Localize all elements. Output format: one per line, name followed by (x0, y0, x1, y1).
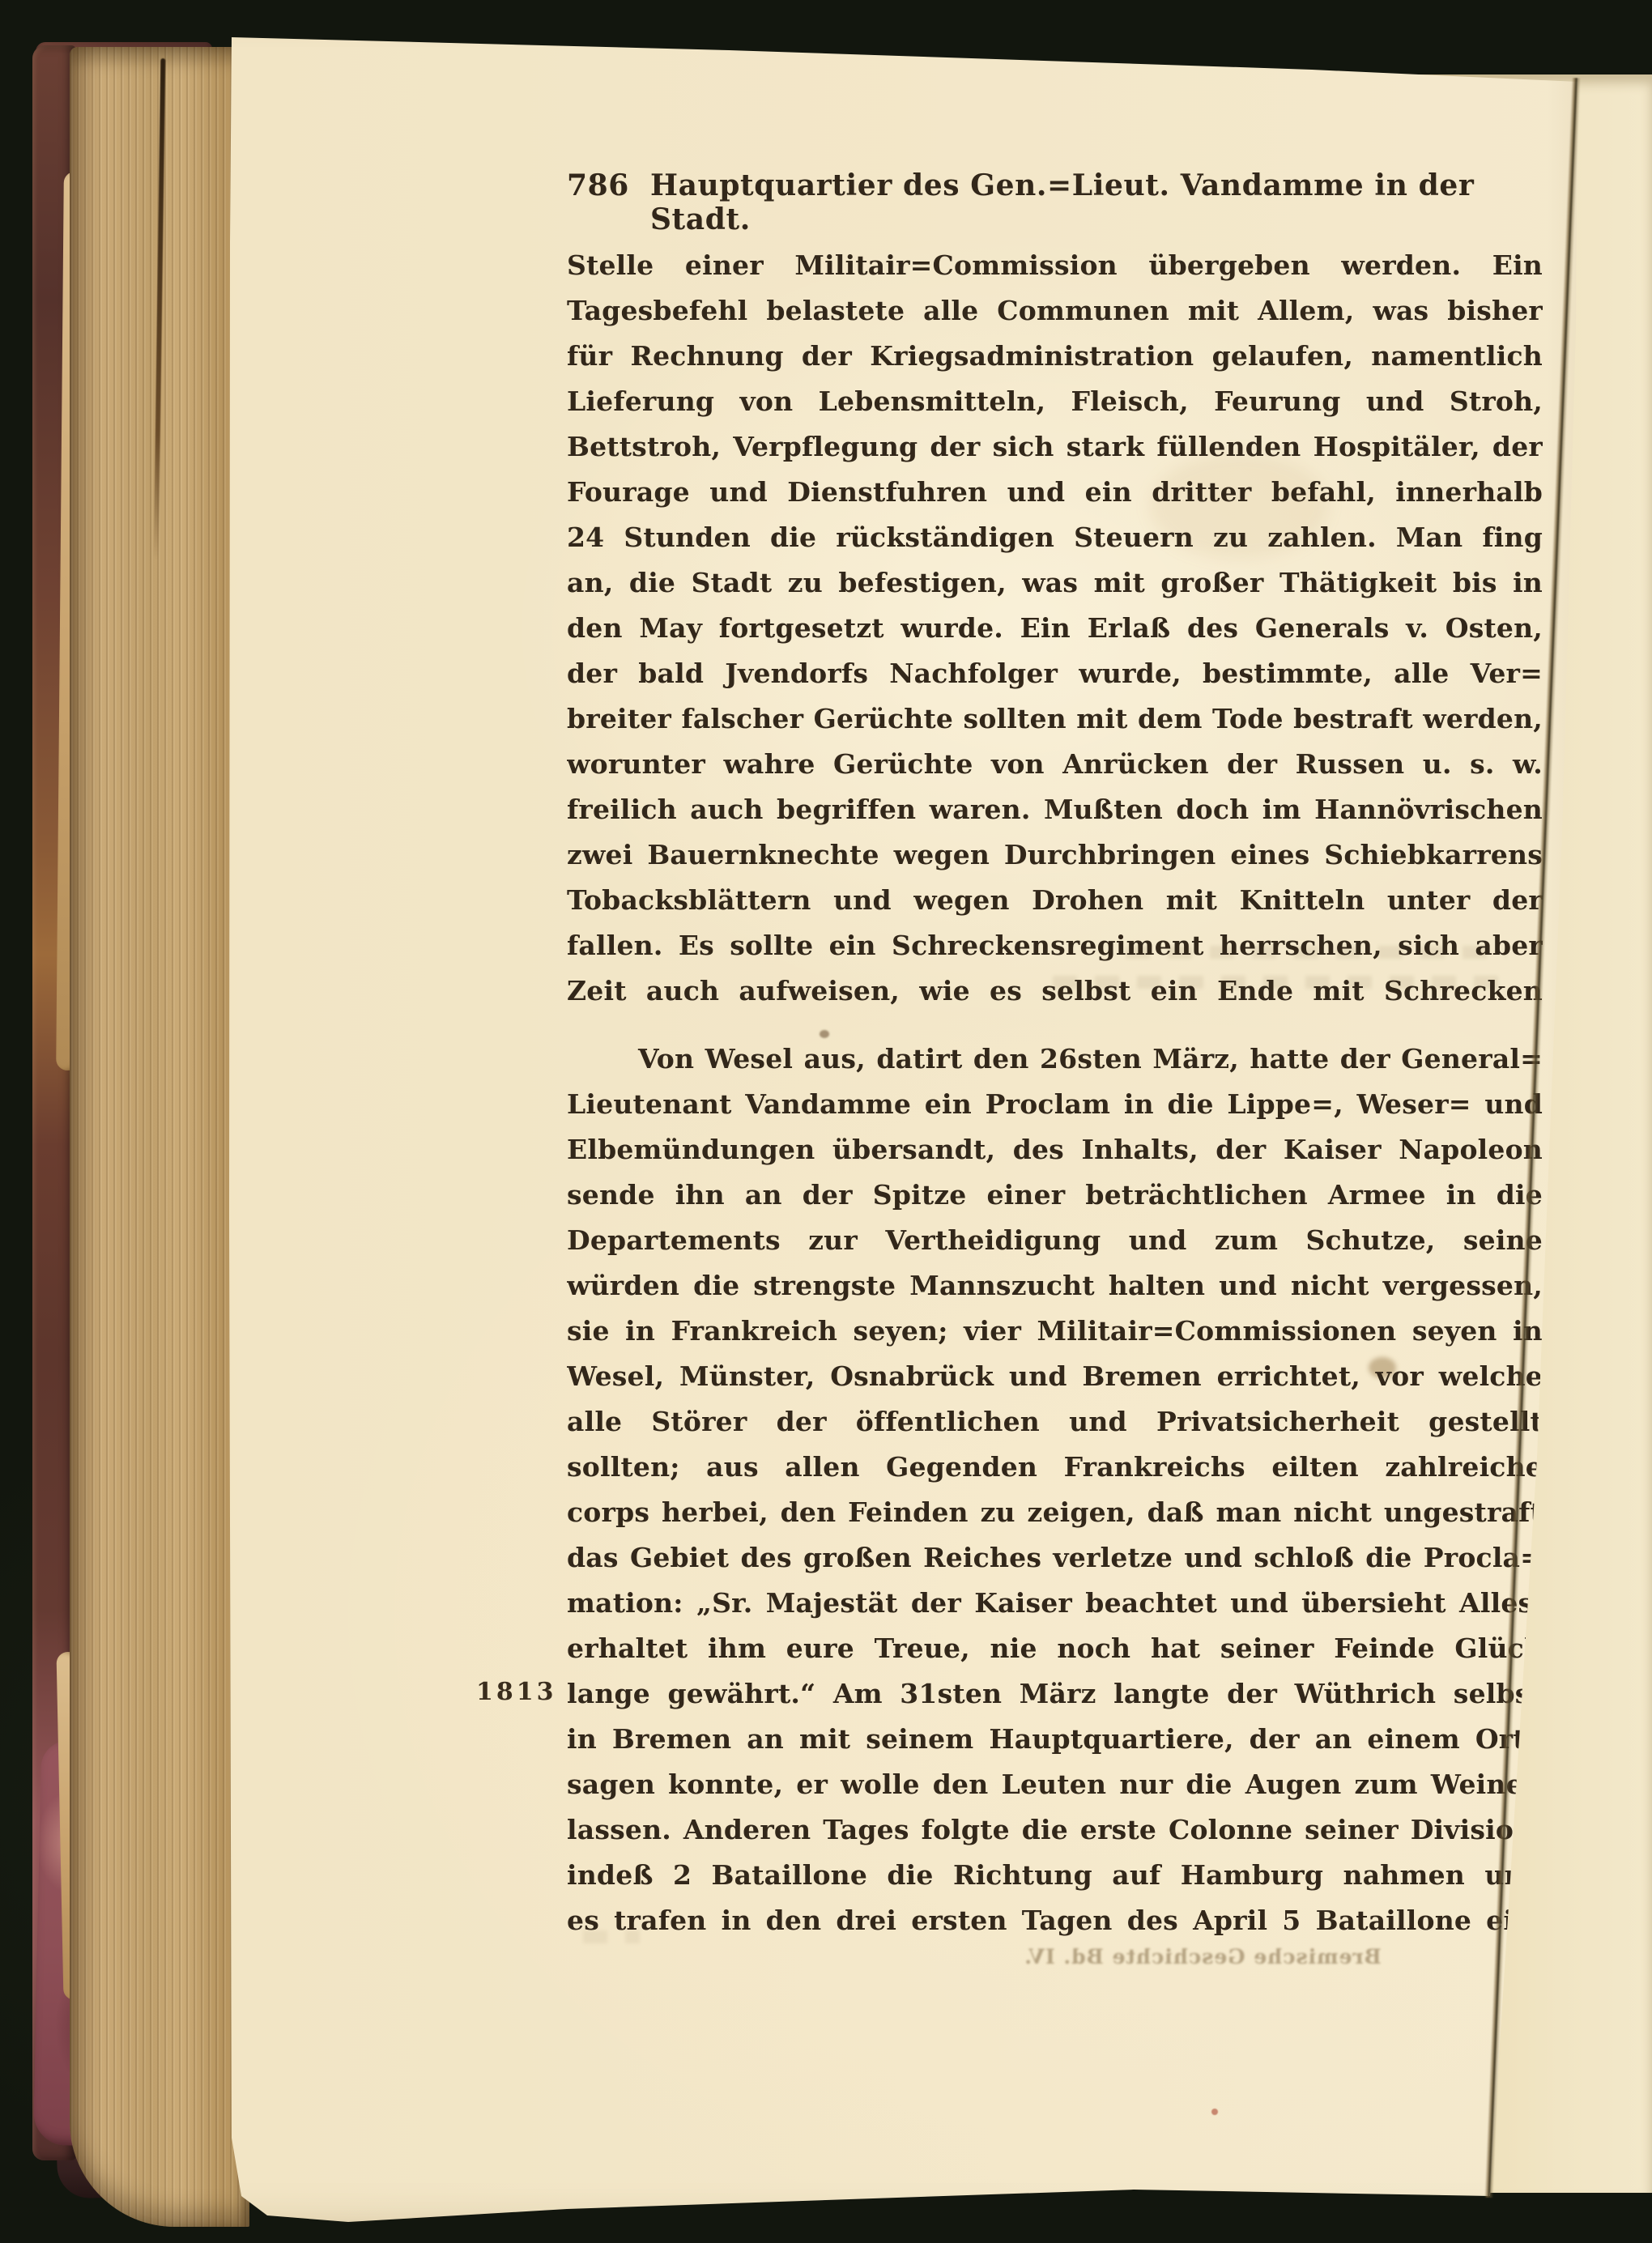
text-line: sende ihn an der Spitze einer beträchtli… (567, 1173, 1543, 1218)
text-line: freilich auch begriffen waren. Mußten do… (567, 787, 1543, 832)
foxing-spot (1211, 2109, 1218, 2115)
page-number: 786 (567, 168, 629, 202)
text-line: Von Wesel aus, datirt den 26sten März, h… (567, 1036, 1543, 1082)
running-header: 786 Hauptquartier des Gen.=Lieut. Vandam… (567, 168, 1543, 236)
text-line: lange gewährt.“ Am 31sten März langte de… (567, 1671, 1543, 1717)
text-line: Tobacksblättern und wegen Drohen mit Kni… (567, 878, 1543, 923)
text-line: würden die strengste Mannszucht halten u… (567, 1263, 1543, 1309)
text-line: sagen konnte, er wolle den Leuten nur di… (567, 1762, 1543, 1807)
page-body: Stelle einer Militair=Commission übergeb… (567, 243, 1543, 1943)
running-header-title: Hauptquartier des Gen.=Lieut. Vandamme i… (650, 168, 1543, 236)
text-line: zwei Bauernknechte wegen Durchbringen ei… (567, 832, 1543, 878)
text-line: Tagesbefehl belastete alle Communen mit … (567, 288, 1543, 334)
text-line: das Gebiet des großen Reiches verletze u… (567, 1535, 1543, 1581)
text-line: der bald Jvendorfs Nachfolger wurde, bes… (567, 651, 1543, 696)
book-photo-scene: 786 Hauptquartier des Gen.=Lieut. Vandam… (0, 0, 1652, 2243)
text-line: sollten; aus allen Gegenden Frankreichs … (567, 1445, 1543, 1490)
text-line: Bettstroh, Verpflegung der sich stark fü… (567, 424, 1543, 470)
text-line: Stelle einer Militair=Commission übergeb… (567, 243, 1543, 288)
text-line: es trafen in den drei ersten Tagen des A… (567, 1898, 1543, 1943)
text-line: lassen. Anderen Tages folgte die erste C… (567, 1807, 1543, 1853)
text-line: an, die Stadt zu befestigen, was mit gro… (567, 560, 1543, 606)
text-line: für Rechnung der Kriegsadministration ge… (567, 334, 1543, 379)
text-line: Wesel, Münster, Osnabrück und Bremen err… (567, 1354, 1543, 1399)
text-line: den May fortgesetzt wurde. Ein Erlaß des… (567, 606, 1543, 651)
text-line: alle Störer der öffentlichen und Privats… (567, 1399, 1543, 1445)
text-line: Elbemündungen übersandt, des Inhalts, de… (567, 1127, 1543, 1173)
text-line: corps herbei, den Feinden zu zeigen, daß… (567, 1490, 1543, 1535)
text-line: in Bremen an mit seinem Hauptquartiere, … (567, 1717, 1543, 1762)
text-line: worunter wahre Gerüchte von Anrücken der… (567, 742, 1543, 787)
text-line: erhaltet ihm eure Treue, nie noch hat se… (567, 1626, 1543, 1671)
text-line: indeß 2 Bataillone die Richtung auf Hamb… (567, 1853, 1543, 1898)
text-line: fallen. Es sollte ein Schreckensregiment… (567, 923, 1543, 968)
fore-edge-crack (154, 58, 166, 560)
margin-year-1813: 1813 (476, 1678, 557, 1706)
text-line: Departements zur Vertheidigung und zum S… (567, 1218, 1543, 1263)
text-line: Lieferung von Lebensmitteln, Fleisch, Fe… (567, 379, 1543, 424)
text-line: mation: „Sr. Majestät der Kaiser beachte… (567, 1581, 1543, 1626)
text-line: Zeit auch aufweisen, wie es selbst ein E… (567, 968, 1543, 1014)
show-through-text: Bremische Geschichte Bd. IV. (1008, 1945, 1397, 1968)
book-page: 786 Hauptquartier des Gen.=Lieut. Vandam… (0, 0, 1652, 2243)
paragraph-2: Von Wesel aus, datirt den 26sten März, h… (567, 1036, 1543, 1943)
text-line: 24 Stunden die rückständigen Steuern zu … (567, 515, 1543, 560)
page-fore-edge-stack (70, 47, 249, 2227)
text-line: Lieutenant Vandamme ein Proclam in die L… (567, 1082, 1543, 1127)
text-line: sie in Frankreich seyen; vier Militair=C… (567, 1309, 1543, 1354)
text-line: Fourage und Dienstfuhren und ein dritter… (567, 470, 1543, 515)
paragraph-1: Stelle einer Militair=Commission übergeb… (567, 243, 1543, 1014)
text-line: breiter falscher Gerüchte sollten mit de… (567, 696, 1543, 742)
